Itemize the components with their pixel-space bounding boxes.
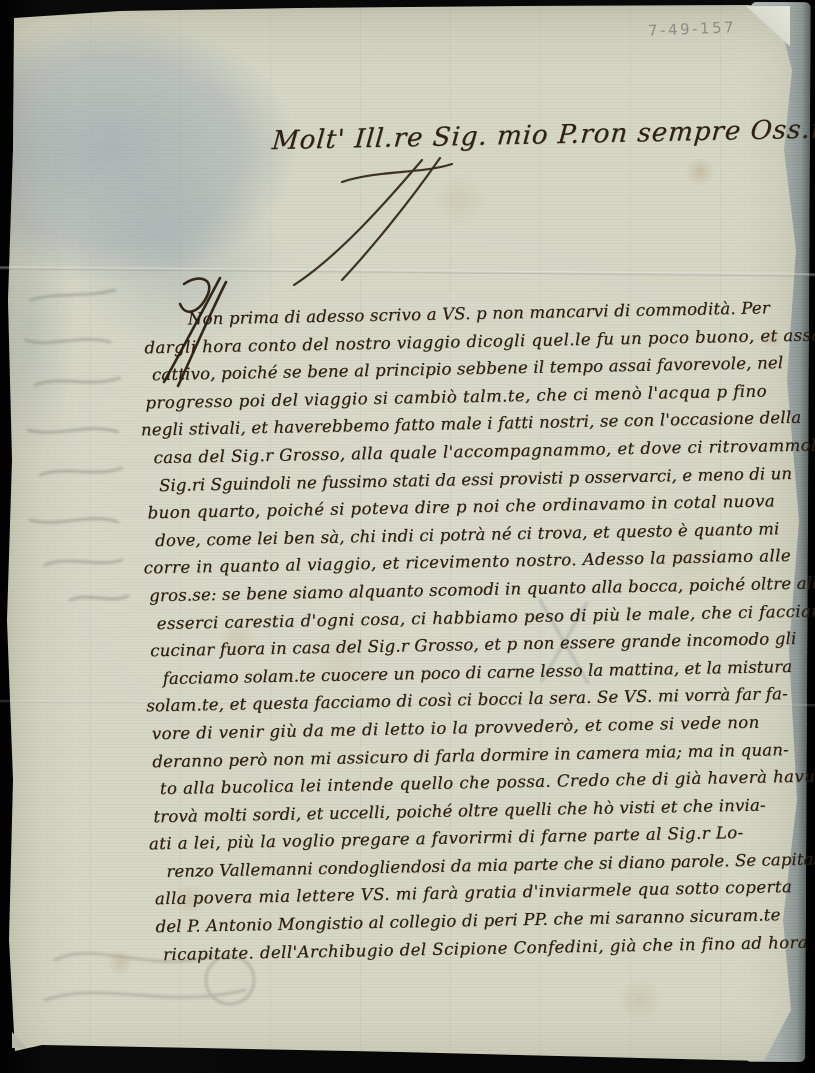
letter-body: Non prima di adesso scrivo a VS. p non m… [144,294,813,982]
photo-background: 7-49-157 Molt' Ill.re Sig. mio P.ron sem… [0,0,815,1073]
archive-number: 7-49-157 [648,18,737,40]
